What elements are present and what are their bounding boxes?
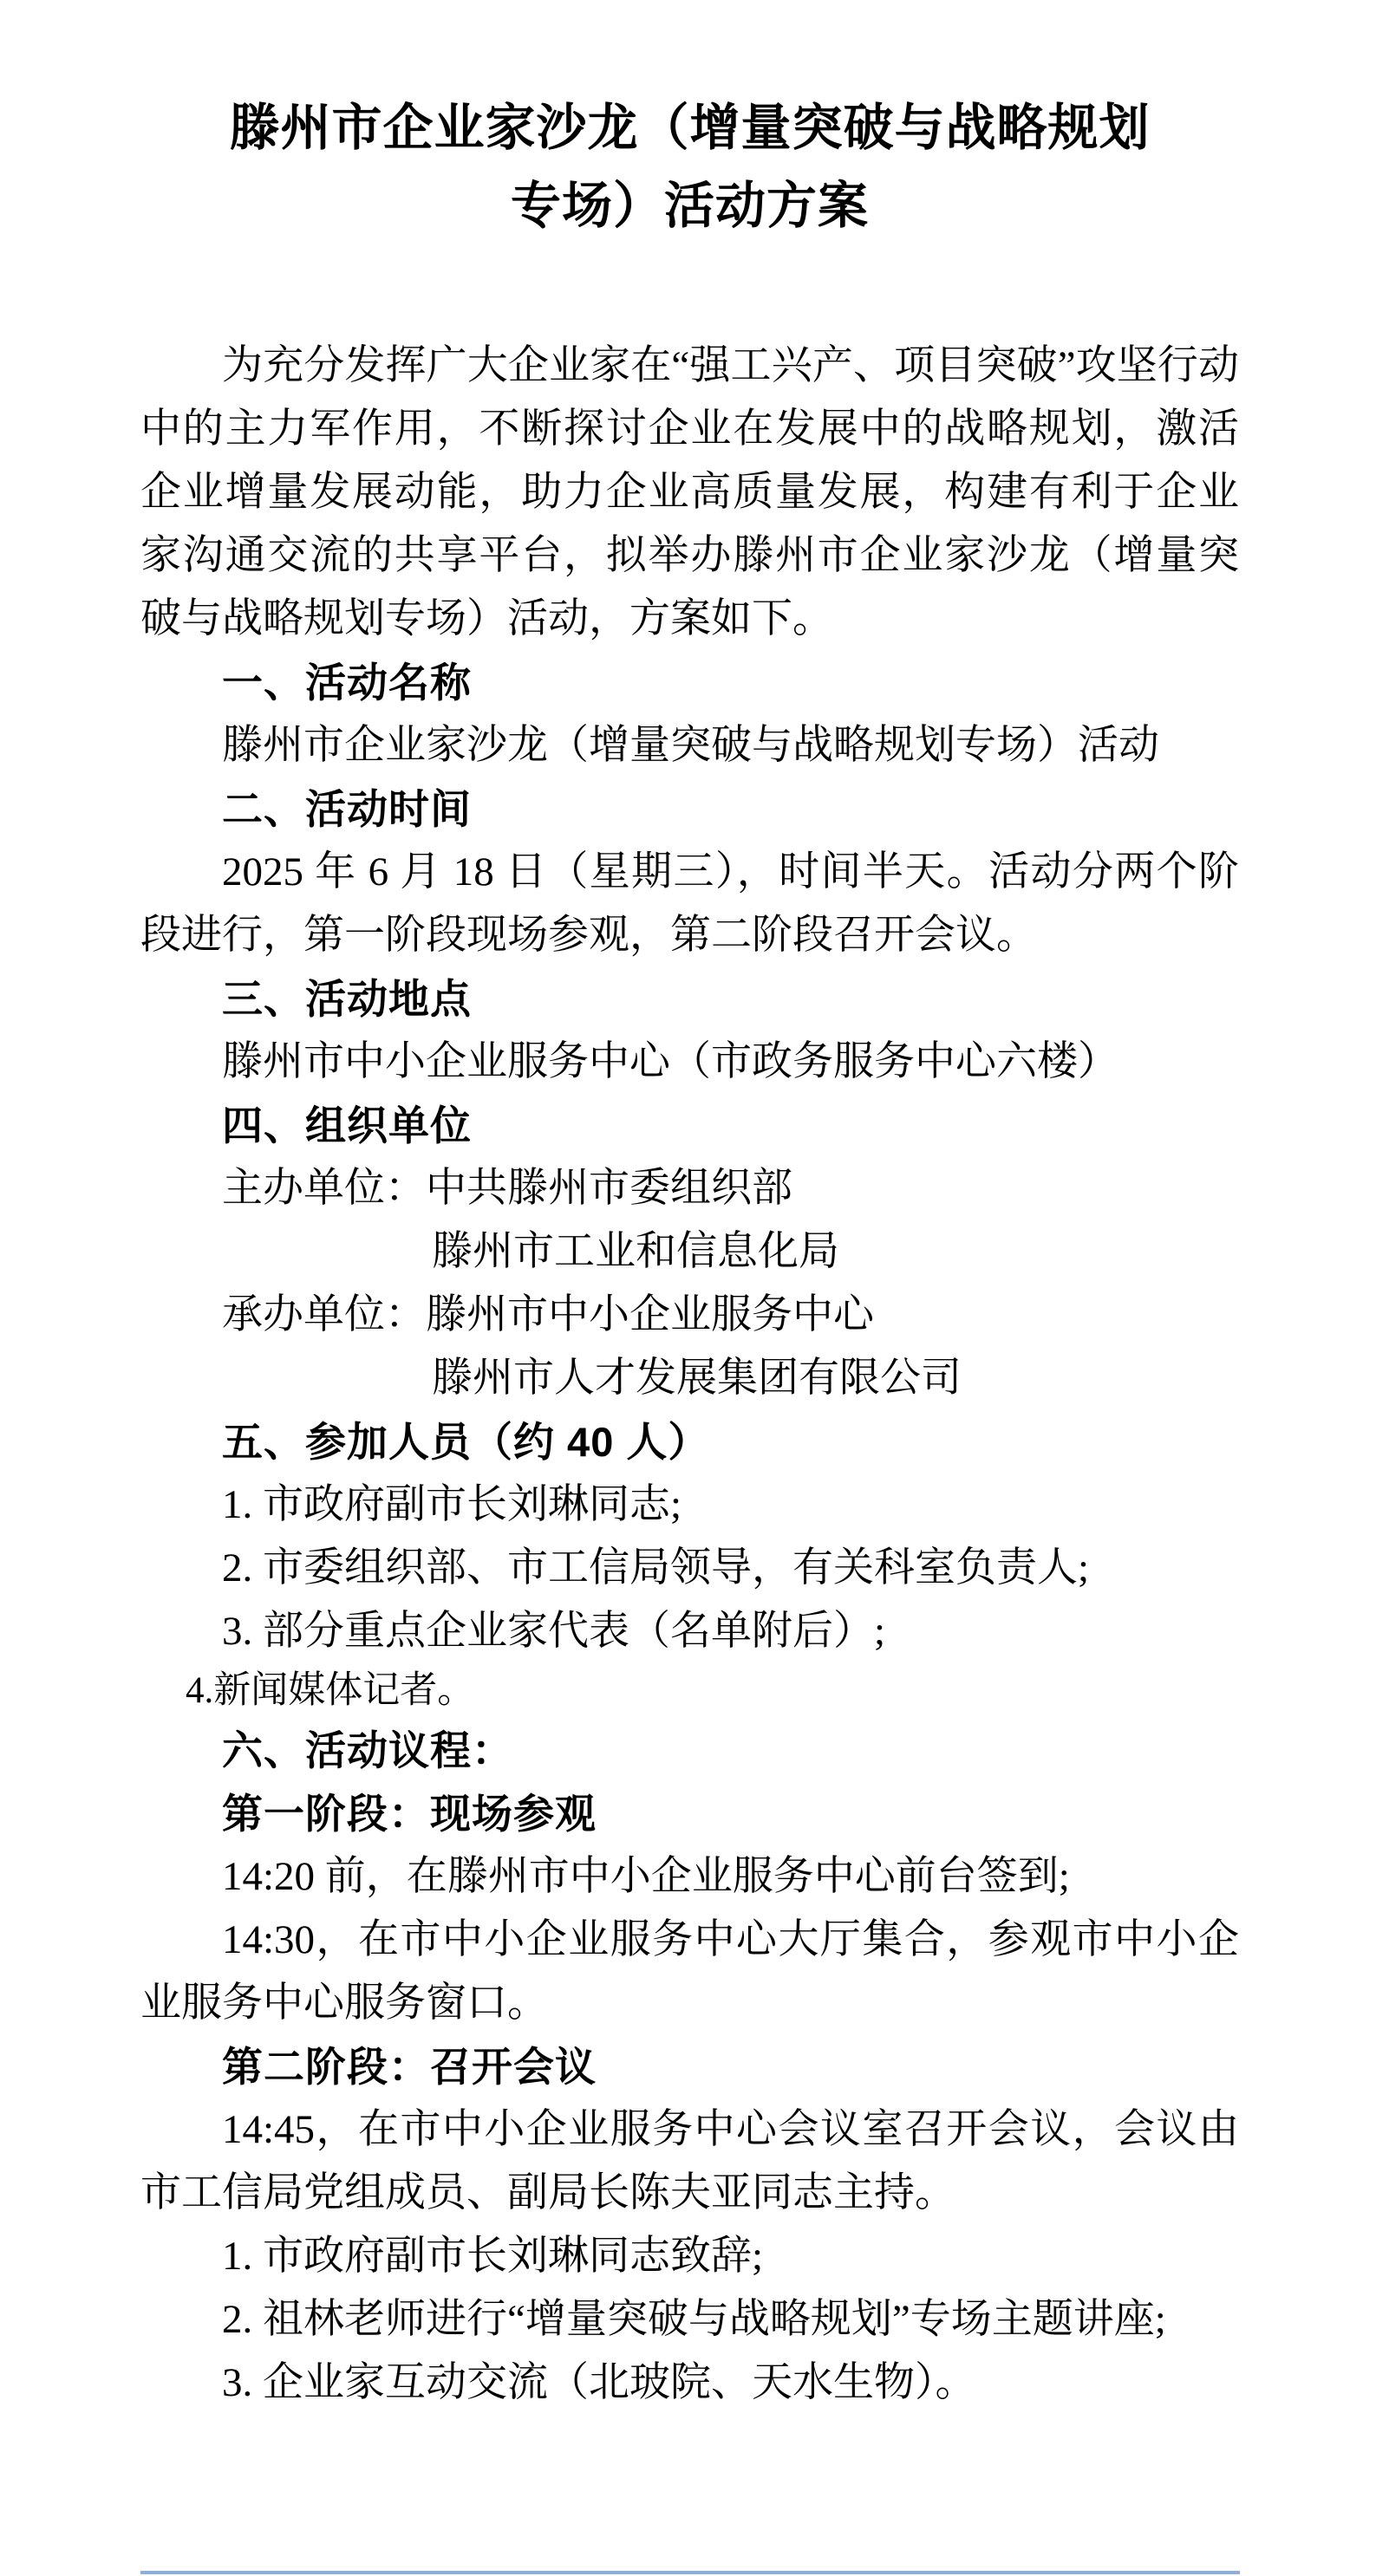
heading-activity-place: 三、活动地点 [140, 967, 1239, 1031]
document-title: 滕州市企业家沙龙（增量突破与战略规划专场）活动方案 [218, 89, 1163, 245]
stage-1-item-1430: 14:30，在市中小企业服务中心大厅集合，参观市中小企业服务中心服务窗口。 [140, 1909, 1239, 2035]
intro-paragraph: 为充分发挥广大企业家在“强工兴产、项目突破”攻坚行动中的主力军作用，不断探讨企业… [140, 335, 1239, 651]
activity-place-text: 滕州市中小企业服务中心（市政务服务中心六楼） [140, 1031, 1239, 1094]
heading-participants: 五、参加人员（约 40 人） [140, 1410, 1239, 1473]
heading-agenda: 六、活动议程： [140, 1719, 1239, 1782]
undertaker-unit-line2: 滕州市人才发展集团有限公司 [140, 1347, 1239, 1410]
host-unit-line2: 滕州市工业和信息化局 [140, 1220, 1239, 1284]
document-body: 为充分发挥广大企业家在“强工兴产、项目突破”攻坚行动中的主力军作用，不断探讨企业… [140, 335, 1239, 2415]
participant-item-3: 3. 部分重点企业家代表（名单附后）; [140, 1600, 1239, 1663]
activity-name-text: 滕州市企业家沙龙（增量突破与战略规划专场）活动 [140, 714, 1239, 777]
bottom-accent-line [140, 2571, 1240, 2574]
participant-item-2: 2. 市委组织部、市工信局领导，有关科室负责人; [140, 1537, 1239, 1600]
participant-item-4: 4.新闻媒体记者。 [140, 1663, 1239, 1719]
stage-1-heading: 第一阶段：现场参观 [140, 1782, 1239, 1845]
agenda-item-1: 1. 市政府副市长刘琳同志致辞; [140, 2225, 1239, 2288]
stage-2-heading: 第二阶段：召开会议 [140, 2035, 1239, 2098]
agenda-item-3: 3. 企业家互动交流（北玻院、天水生物）。 [140, 2352, 1239, 2415]
document-page: 滕州市企业家沙龙（增量突破与战略规划专场）活动方案 为充分发挥广大企业家在“强工… [0, 0, 1376, 2415]
undertaker-unit-line1: 承办单位：滕州市中小企业服务中心 [140, 1284, 1239, 1347]
stage-1-item-1420: 14:20 前，在滕州市中小企业服务中心前台签到; [140, 1845, 1239, 1909]
activity-time-text: 2025 年 6 月 18 日（星期三），时间半天。活动分两个阶段进行，第一阶段… [140, 841, 1239, 967]
participant-item-1: 1. 市政府副市长刘琳同志; [140, 1473, 1239, 1537]
heading-activity-time: 二、活动时间 [140, 777, 1239, 841]
agenda-item-2: 2. 祖林老师进行“增量突破与战略规划”专场主题讲座; [140, 2288, 1239, 2352]
heading-organizers: 四、组织单位 [140, 1094, 1239, 1157]
stage-2-item-1445: 14:45，在市中小企业服务中心会议室召开会议，会议由市工信局党组成员、副局长陈… [140, 2098, 1239, 2225]
heading-activity-name: 一、活动名称 [140, 651, 1239, 714]
host-unit-line1: 主办单位：中共滕州市委组织部 [140, 1157, 1239, 1220]
